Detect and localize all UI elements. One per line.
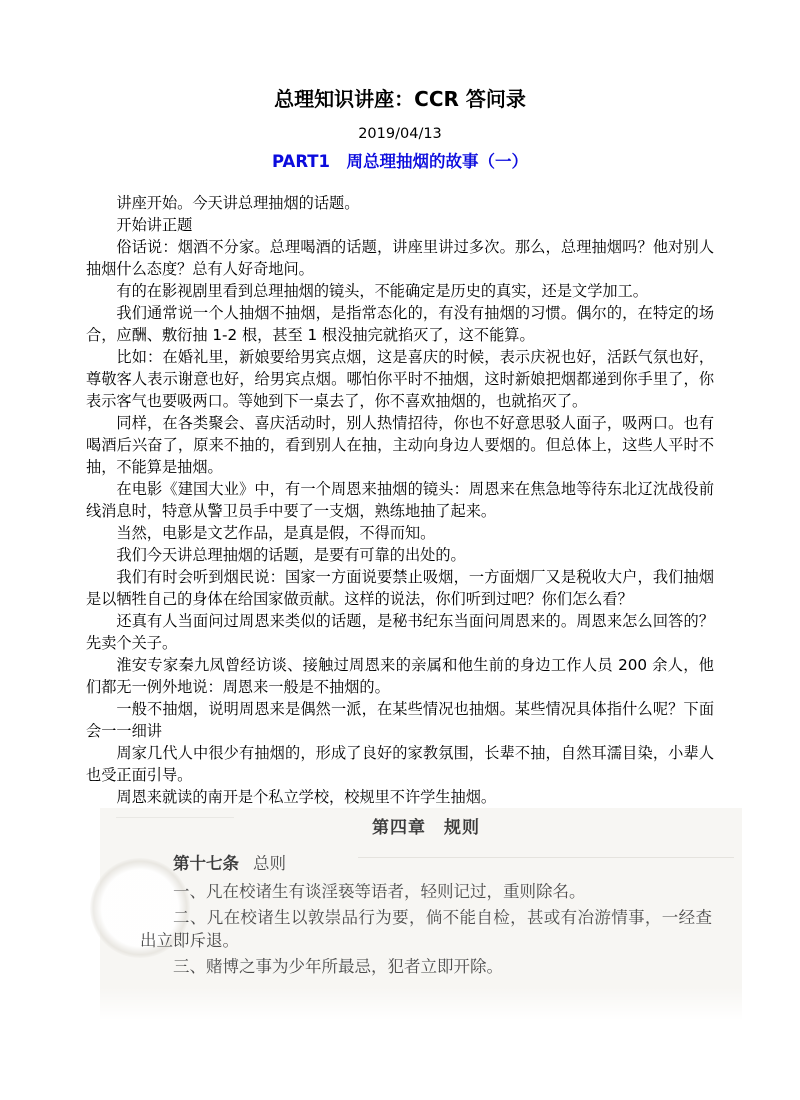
scanned-book-excerpt: 第四章 规则 第十七条总则 一、凡在校诸生有谈淫亵等语者，轻则记过，重则除名。二… xyxy=(100,808,742,1021)
paragraph: 讲座开始。今天讲总理抽烟的话题。 xyxy=(86,192,714,214)
article-body: 讲座开始。今天讲总理抽烟的话题。开始讲正题俗话说：烟酒不分家。总理喝酒的话题，讲… xyxy=(86,192,714,808)
paragraph: 同样，在各类聚会、喜庆活动时，别人热情招待，你也不好意思驳人面子，吸两口。也有喝… xyxy=(86,412,714,478)
paragraph: 当然，电影是文艺作品，是真是假，不得而知。 xyxy=(86,522,714,544)
scan-rule-item: 三、赌博之事为少年所最忌，犯者立即开除。 xyxy=(140,955,712,978)
paragraph: 还真有人当面问过周恩来类似的话题，是秘书纪东当面问周恩来的。周恩来怎么回答的？先… xyxy=(86,610,714,654)
paragraph: 周家几代人中很少有抽烟的，形成了良好的家教氛围，长辈不抽，自然耳濡目染，小辈人也… xyxy=(86,742,714,786)
scan-article-line: 第十七条总则 xyxy=(140,852,712,876)
paragraph: 有的在影视剧里看到总理抽烟的镜头，不能确定是历史的真实，还是文学加工。 xyxy=(86,280,714,302)
scan-article-number: 第十七条 xyxy=(173,854,239,873)
paragraph: 开始讲正题 xyxy=(86,214,714,236)
scan-rule-list: 一、凡在校诸生有谈淫亵等语者，轻则记过，重则除名。二、凡在校诸生以敦崇品行为要，… xyxy=(140,880,712,978)
paragraph: 淮安专家秦九凤曾经访谈、接触过周恩来的亲属和他生前的身边工作人员 200 余人，… xyxy=(86,654,714,698)
scan-article-title: 总则 xyxy=(253,854,286,873)
date-line: 2019/04/13 xyxy=(86,124,714,144)
paragraph: 我们今天讲总理抽烟的话题，是要有可靠的出处的。 xyxy=(86,544,714,566)
scan-rule-item: 一、凡在校诸生有谈淫亵等语者，轻则记过，重则除名。 xyxy=(140,880,712,903)
scan-rule-item: 二、凡在校诸生以敦崇品行为要，倘不能自检，甚或有冶游情事，一经查出立即斥退。 xyxy=(140,906,712,952)
paragraph: 一般不抽烟，说明周恩来是偶然一派，在某些情况也抽烟。某些情况具体指什么呢？下面会… xyxy=(86,698,714,742)
part-heading: PART1 周总理抽烟的故事（一） xyxy=(86,151,714,173)
scan-chapter-heading: 第四章 规则 xyxy=(140,816,712,840)
document-page: 总理知识讲座：CCR 答问录 2019/04/13 PART1 周总理抽烟的故事… xyxy=(0,0,800,1100)
paragraph: 我们有时会听到烟民说：国家一方面说要禁止吸烟，一方面烟厂又是税收大户，我们抽烟是… xyxy=(86,566,714,610)
paragraph: 我们通常说一个人抽烟不抽烟，是指常态化的，有没有抽烟的习惯。偶尔的，在特定的场合… xyxy=(86,302,714,346)
paragraph: 周恩来就读的南开是个私立学校，校规里不许学生抽烟。 xyxy=(86,786,714,808)
document-content: 总理知识讲座：CCR 答问录 2019/04/13 PART1 周总理抽烟的故事… xyxy=(0,86,800,1021)
paragraph: 俗话说：烟酒不分家。总理喝酒的话题，讲座里讲过多次。那么，总理抽烟吗？他对别人抽… xyxy=(86,236,714,280)
paragraph: 在电影《建国大业》中，有一个周恩来抽烟的镜头：周恩来在焦急地等待东北辽沈战役前线… xyxy=(86,478,714,522)
paragraph: 比如：在婚礼里，新娘要给男宾点烟，这是喜庆的时候，表示庆祝也好，活跃气氛也好，尊… xyxy=(86,346,714,412)
page-title: 总理知识讲座：CCR 答问录 xyxy=(86,86,714,112)
